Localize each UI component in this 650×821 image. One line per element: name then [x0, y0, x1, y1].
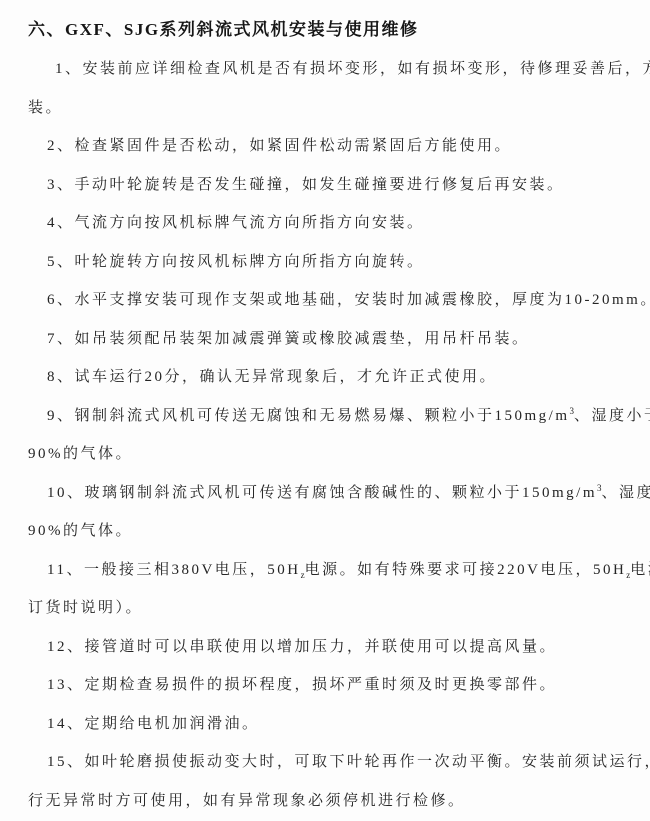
document-page: 六、GXF、SJG系列斜流式风机安装与使用维修 1、安装前应详细检查风机是否有损… — [0, 0, 650, 821]
paragraph-line: 2、检查紧固件是否松动，如紧固件松动需紧固后方能使用。 — [28, 127, 630, 166]
text-segment: 90%的气体。 — [28, 446, 133, 462]
text-segment: 2、检查紧固件是否松动，如紧固件松动需紧固后方能使用。 — [47, 138, 512, 154]
text-segment: 15、如叶轮磨损使振动变大时，可取下叶轮再作一次动平衡。安装前须试运行，运 — [47, 754, 650, 770]
text-segment: 、湿度小于 — [574, 408, 650, 424]
paragraph-line: 90%的气体。 — [28, 512, 630, 551]
paragraph-line: 90%的气体。 — [28, 435, 630, 474]
paragraph-line: 14、定期给电机加润滑油。 — [28, 705, 630, 744]
text-segment: 电源（应 — [630, 562, 650, 578]
paragraph-line: 15、如叶轮磨损使振动变大时，可取下叶轮再作一次动平衡。安装前须试运行，运 — [28, 743, 630, 782]
text-segment: 行无异常时方可使用，如有异常现象必须停机进行检修。 — [28, 793, 466, 809]
paragraph-line: 5、叶轮旋转方向按风机标牌方向所指方向旋转。 — [28, 243, 630, 282]
text-segment: 电源。如有特殊要求可接220V电压，50H — [305, 562, 627, 578]
text-segment: 11、一般接三相380V电压，50H — [47, 562, 301, 578]
text-segment: 7、如吊装须配吊装架加减震弹簧或橡胶减震垫，用吊杆吊装。 — [47, 331, 530, 347]
text-segment: 9、钢制斜流式风机可传送无腐蚀和无易燃易爆、颗粒小于150mg/m — [47, 408, 570, 424]
text-segment: 13、定期检查易损件的损坏程度，损坏严重时须及时更换零部件。 — [47, 677, 557, 693]
text-segment: 装。 — [28, 100, 63, 116]
paragraph-line: 装。 — [28, 89, 630, 128]
text-segment: 3、手动叶轮旋转是否发生碰撞，如发生碰撞要进行修复后再安装。 — [47, 177, 565, 193]
text-segment: 订货时说明）。 — [28, 600, 143, 616]
paragraph-line: 10、玻璃钢制斜流式风机可传送有腐蚀含酸碱性的、颗粒小于150mg/m3、湿度小… — [28, 474, 630, 513]
text-segment: 10、玻璃钢制斜流式风机可传送有腐蚀含酸碱性的、颗粒小于150mg/m — [47, 485, 597, 501]
text-segment: 8、试车运行20分，确认无异常现象后，才允许正式使用。 — [47, 369, 497, 385]
paragraph-line: 6、水平支撑安装可现作支架或地基础，安装时加减震橡胶，厚度为10-20mm。 — [28, 281, 630, 320]
text-segment: 1、安装前应详细检查风机是否有损坏变形，如有损坏变形，待修理妥善后，方可进行安 — [55, 61, 650, 77]
text-segment: 5、叶轮旋转方向按风机标牌方向所指方向旋转。 — [47, 254, 425, 270]
document-body: 1、安装前应详细检查风机是否有损坏变形，如有损坏变形，待修理妥善后，方可进行安装… — [28, 50, 630, 820]
paragraph-line: 1、安装前应详细检查风机是否有损坏变形，如有损坏变形，待修理妥善后，方可进行安 — [28, 50, 630, 89]
paragraph-line: 行无异常时方可使用，如有异常现象必须停机进行检修。 — [28, 782, 630, 821]
paragraph-line: 8、试车运行20分，确认无异常现象后，才允许正式使用。 — [28, 358, 630, 397]
text-segment: 14、定期给电机加润滑油。 — [47, 716, 260, 732]
paragraph-line: 11、一般接三相380V电压，50Hz电源。如有特殊要求可接220V电压，50H… — [28, 551, 630, 590]
paragraph-line: 12、接管道时可以串联使用以增加压力，并联使用可以提高风量。 — [28, 628, 630, 667]
section-title: 六、GXF、SJG系列斜流式风机安装与使用维修 — [28, 10, 630, 50]
text-segment: 12、接管道时可以串联使用以增加压力，并联使用可以提高风量。 — [47, 639, 557, 655]
text-segment: 90%的气体。 — [28, 523, 133, 539]
text-segment: 4、气流方向按风机标牌气流方向所指方向安装。 — [47, 215, 425, 231]
text-segment: 、湿度小于 — [602, 485, 650, 501]
paragraph-line: 13、定期检查易损件的损坏程度，损坏严重时须及时更换零部件。 — [28, 666, 630, 705]
text-segment: 6、水平支撑安装可现作支架或地基础，安装时加减震橡胶，厚度为10-20mm。 — [47, 292, 650, 308]
paragraph-line: 9、钢制斜流式风机可传送无腐蚀和无易燃易爆、颗粒小于150mg/m3、湿度小于 — [28, 397, 630, 436]
paragraph-line: 4、气流方向按风机标牌气流方向所指方向安装。 — [28, 204, 630, 243]
paragraph-line: 3、手动叶轮旋转是否发生碰撞，如发生碰撞要进行修复后再安装。 — [28, 166, 630, 205]
paragraph-line: 订货时说明）。 — [28, 589, 630, 628]
paragraph-line: 7、如吊装须配吊装架加减震弹簧或橡胶减震垫，用吊杆吊装。 — [28, 320, 630, 359]
